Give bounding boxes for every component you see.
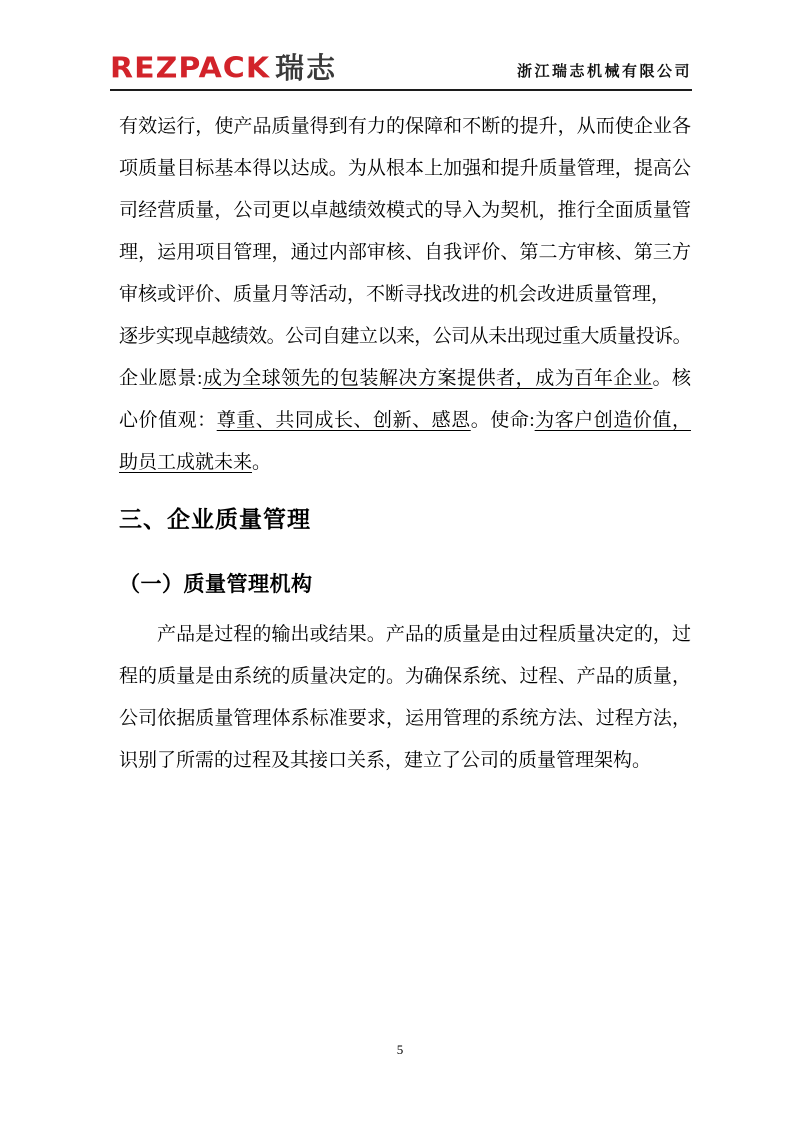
paragraph-quality-org: 产品是过程的输出或结果。产品的质量是由过程质量决定的，过程的质量是由系统的质量决…	[119, 614, 691, 782]
underlined-text: 助员工成就未来	[119, 452, 252, 473]
text-line: 逐步实现卓越绩效。公司自建立以来，公司从未出现过重大质量投诉。	[119, 316, 691, 358]
page-number: 5	[0, 1040, 800, 1060]
paragraph-quality-overview: 有效运行，使产品质量得到有力的保障和不断的提升，从而使企业各项质量目标基本得以达…	[119, 106, 691, 484]
text-line: 识别了所需的过程及其接口关系，建立了公司的质量管理架构。	[119, 740, 691, 782]
underlined-text: 尊重、共同成长、创新、感恩	[217, 410, 471, 431]
text-line: 心价值观：尊重、共同成长、创新、感恩。使命:为客户创造价值，	[119, 400, 691, 442]
underlined-text: 为客户创造价值，	[535, 410, 691, 431]
text-line: 有效运行，使产品质量得到有力的保障和不断的提升，从而使企业各	[119, 106, 691, 148]
text-line: 助员工成就未来。	[119, 442, 691, 484]
text-line: 企业愿景:成为全球领先的包装解决方案提供者，成为百年企业。核	[119, 358, 691, 400]
text-line: 程的质量是由系统的质量决定的。为确保系统、过程、产品的质量，	[119, 656, 691, 698]
section-heading: 三、企业质量管理	[119, 503, 691, 535]
text-line: 审核或评价、质量月等活动，不断寻找改进的机会改进质量管理，	[119, 274, 691, 316]
company-logo: REZPACK 瑞志	[110, 54, 337, 84]
page-header: REZPACK 瑞志 浙江瑞志机械有限公司	[110, 54, 692, 91]
document-body: 有效运行，使产品质量得到有力的保障和不断的提升，从而使企业各项质量目标基本得以达…	[119, 106, 691, 782]
subsection-heading: （一）质量管理机构	[119, 568, 691, 600]
text-line: 司经营质量，公司更以卓越绩效模式的导入为契机，推行全面质量管	[119, 190, 691, 232]
text-line: 产品是过程的输出或结果。产品的质量是由过程质量决定的，过	[119, 614, 691, 656]
text-line: 理，运用项目管理，通过内部审核、自我评价、第二方审核、第三方	[119, 232, 691, 274]
text-line: 公司依据质量管理体系标准要求，运用管理的系统方法、过程方法，	[119, 698, 691, 740]
underlined-text: 成为全球领先的包装解决方案提供者，成为百年企业	[202, 368, 652, 389]
text-line: 项质量目标基本得以达成。为从根本上加强和提升质量管理，提高公	[119, 148, 691, 190]
logo-chinese-text: 瑞志	[275, 54, 337, 83]
logo-rezpack-text: REZPACK	[110, 55, 270, 84]
document-page: REZPACK 瑞志 浙江瑞志机械有限公司 有效运行，使产品质量得到有力的保障和…	[0, 0, 800, 1131]
company-name: 浙江瑞志机械有限公司	[517, 60, 692, 84]
